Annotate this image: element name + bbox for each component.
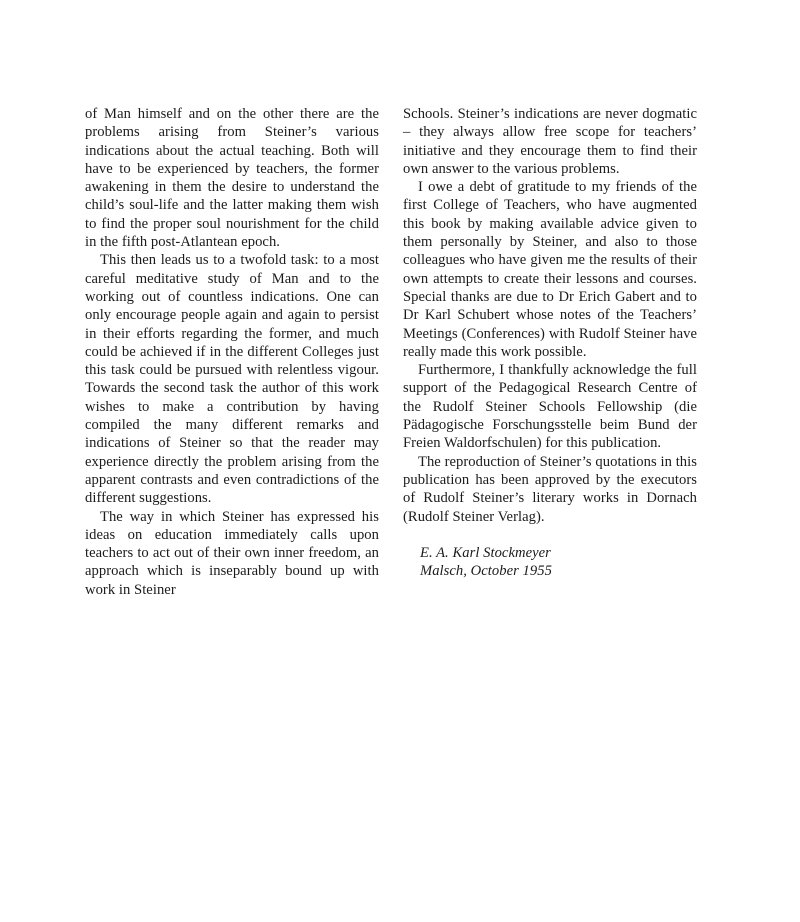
signature-name: E. A. Karl Stockmeyer (420, 544, 697, 562)
signature-block: E. A. Karl Stockmeyer Malsch, October 19… (420, 544, 697, 581)
paragraph: The way in which Steiner has expressed h… (85, 508, 379, 599)
paragraph: This then leads us to a twofold task: to… (85, 251, 379, 507)
paragraph: The reproduction of Steiner’s quotations… (403, 453, 697, 526)
signature-place-date: Malsch, October 1955 (420, 562, 697, 580)
left-column: of Man himself and on the other there ar… (85, 105, 379, 599)
paragraph: Furthermore, I thankfully acknowledge th… (403, 361, 697, 452)
right-column: Schools. Steiner’s indications are never… (403, 105, 697, 599)
paragraph: I owe a debt of gratitude to my friends … (403, 178, 697, 361)
paragraph: of Man himself and on the other there ar… (85, 105, 379, 251)
book-page: of Man himself and on the other there ar… (0, 0, 800, 922)
paragraph: Schools. Steiner’s indications are never… (403, 105, 697, 178)
two-column-text-block: of Man himself and on the other there ar… (85, 105, 698, 599)
